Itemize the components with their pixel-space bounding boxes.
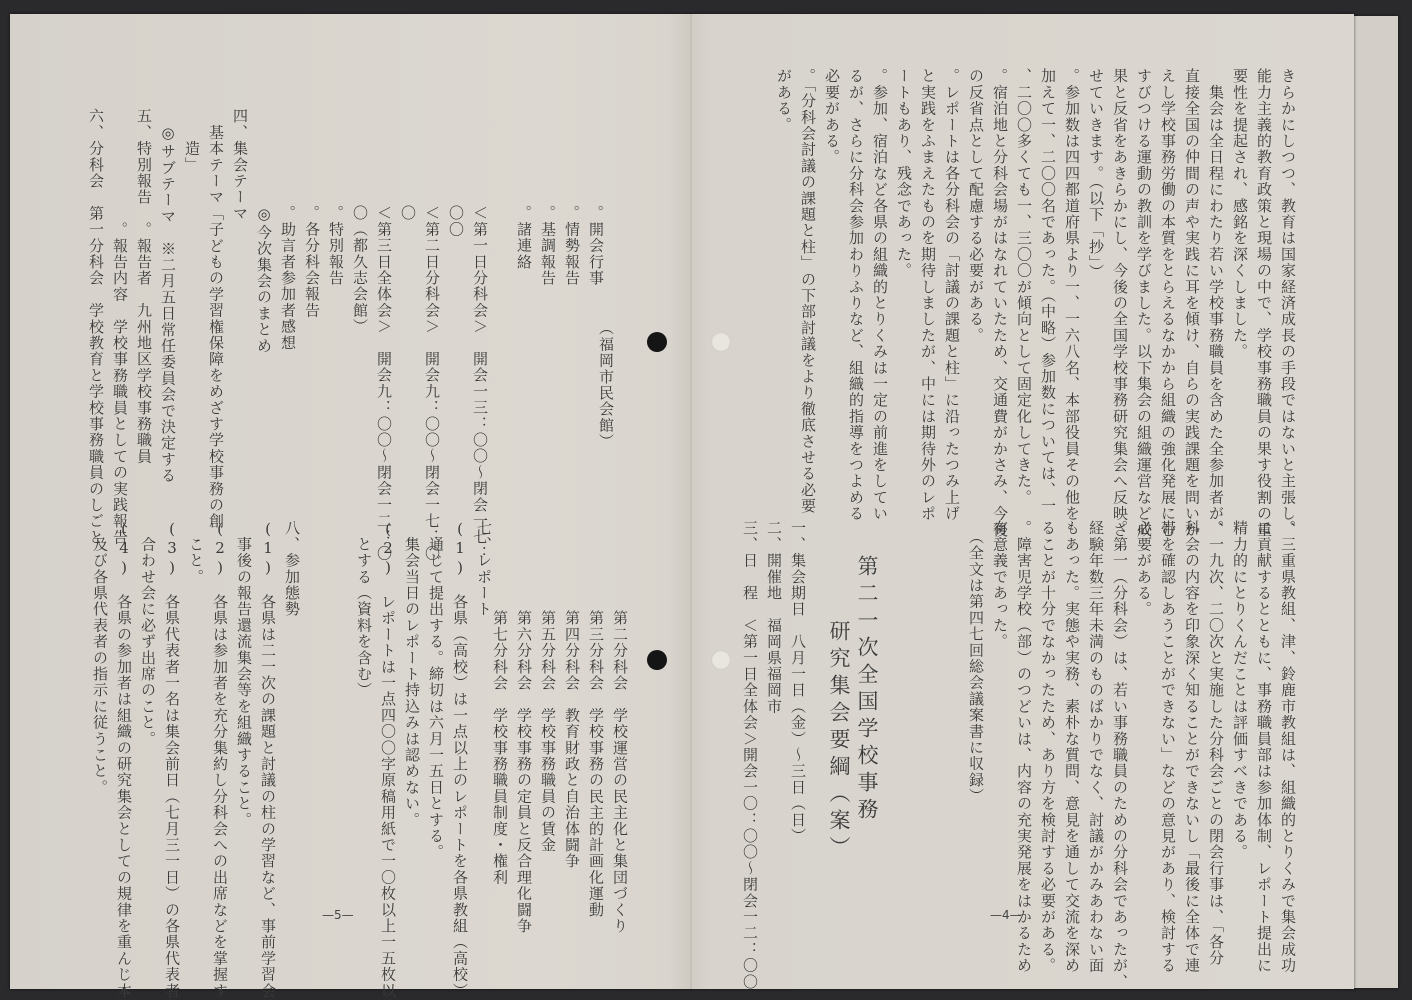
schedule-opening-items: 。開会行事 。情勢報告 。基調報告 。諸連絡 xyxy=(512,205,608,345)
punch-hole xyxy=(647,332,667,352)
bunkakai-list: 第二分科会 学校運営の民主化と集団づくり 第三分科会 学校事務の民主的計画化運動… xyxy=(488,610,632,910)
theme-and-sections: 四、集会テーマ 基本テーマ「子どもの学習権保障をめざす学校事務の創 造」 ◎サブ… xyxy=(84,108,252,528)
report-lower-text: 。三重県教組、津、鈴鹿市教組は、組織的とりくみで集会成功 に貢献するとともに、事… xyxy=(964,520,1300,920)
outline-items: 一、集会期日 八月一日（金）～三日（日） 二、開催地 福岡県福岡市 三、日 程 … xyxy=(738,520,810,940)
report-upper-text: きらかにしつつ、教育は国家経済成長の手段ではないと主張し、 能力主義的教育政策と… xyxy=(772,68,1300,488)
punch-hole xyxy=(647,650,667,670)
document-title-line2: 研究集会要綱（案） xyxy=(824,620,854,863)
document-title-line1: 第二一次全国学校事務 xyxy=(852,555,882,825)
center-fold xyxy=(690,14,692,989)
participation-section: 八、参加態勢 (1) 各県は二一次の課題と討議の柱の学習など、事前学習会、 事後… xyxy=(88,520,304,920)
schedule-days: ＜第一日分科会＞ 開会一三：〇〇～閉会一七： 〇〇 ＜第二日分科会＞ 開会九：〇… xyxy=(252,205,492,525)
page-number-right: —4— xyxy=(990,908,1022,922)
punch-hole xyxy=(711,332,731,352)
punch-hole xyxy=(711,650,731,670)
page-number-left: —5— xyxy=(322,908,354,922)
report-section: 七、レポート (1) 各県（高校）は一点以上のレポートを各県教組（高校）を 通じ… xyxy=(352,520,496,920)
